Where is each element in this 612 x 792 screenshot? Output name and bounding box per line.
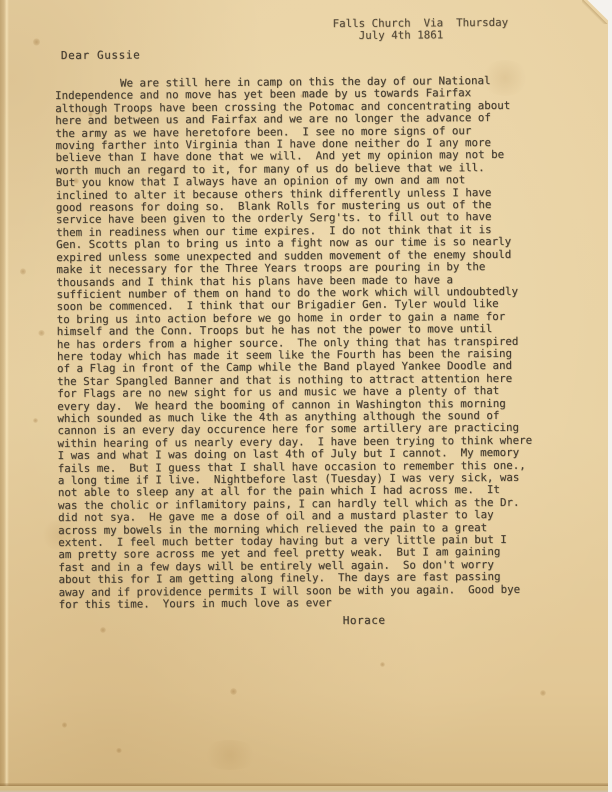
letter-line: for this time. Yours in much love as eve… <box>59 595 599 611</box>
letter-dateline: Falls Church Via Thursday July 4th 1861 <box>333 17 509 43</box>
letter-salutation: Dear Gussie <box>61 48 141 62</box>
letter-body: We are still here in camp on this the da… <box>55 74 599 611</box>
letter-line: July 4th 1861 <box>333 29 509 43</box>
typewritten-letter: Falls Church Via Thursday July 4th 1861 … <box>0 0 612 792</box>
letter-signature: Horace <box>343 614 386 627</box>
